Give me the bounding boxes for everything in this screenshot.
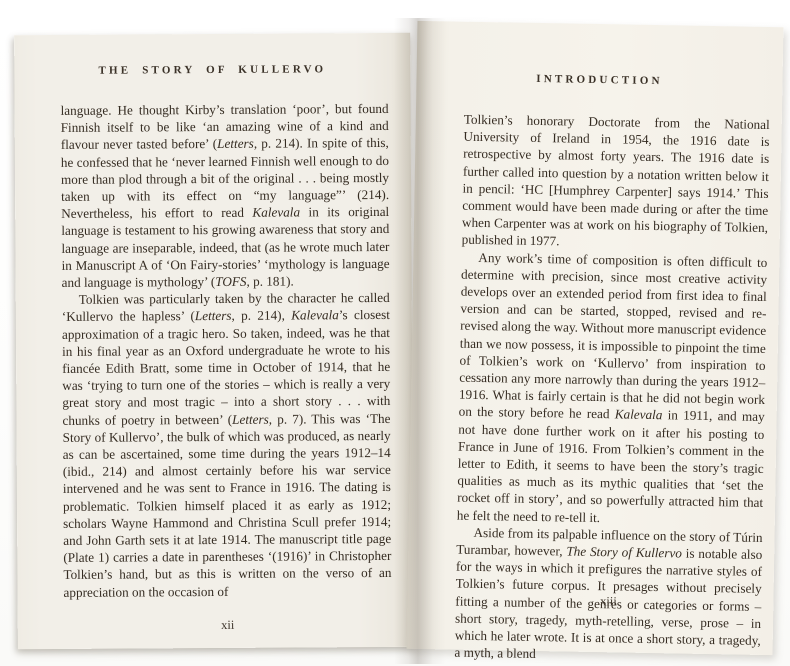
- paragraph: Tolkien’s honorary Doctorate from the Na…: [462, 111, 770, 254]
- italic-text: Kalevala: [615, 407, 663, 423]
- right-page-body: Tolkien’s honorary Doctorate from the Na…: [454, 111, 770, 666]
- right-page: INTRODUCTION Tolkien’s honorary Doctorat…: [407, 21, 784, 655]
- left-page-number: xii: [64, 617, 392, 634]
- book-photo: THE STORY OF KULLERVO language. He thoug…: [0, 0, 790, 666]
- text-segment: , p. 181).: [246, 274, 293, 289]
- italic-text: Kalevala: [252, 205, 300, 220]
- paragraph: language. He thought Kirby’s translation…: [61, 100, 390, 291]
- left-running-head: THE STORY OF KULLERVO: [14, 63, 410, 77]
- left-page: THE STORY OF KULLERVO language. He thoug…: [14, 33, 414, 649]
- italic-text: Kalevala: [291, 308, 339, 323]
- text-segment: , p. 7). This was ‘The Story of Kullervo…: [63, 411, 392, 600]
- paragraph: Tolkien was particularly taken by the ch…: [62, 289, 392, 601]
- right-running-head: INTRODUCTION: [416, 71, 782, 89]
- left-page-body: language. He thought Kirby’s translation…: [61, 100, 392, 601]
- text-segment: , p. 214),: [231, 308, 291, 323]
- italic-text: Letters: [195, 308, 232, 323]
- text-segment: Tolkien’s honorary Doctorate from the Na…: [462, 112, 770, 249]
- paragraph: Any work’s time of composition is often …: [457, 248, 768, 529]
- text-segment: Any work’s time of composition is often …: [459, 250, 768, 422]
- text-segment: in 1911, and may not have done further w…: [457, 408, 765, 525]
- italic-text: Letters: [217, 136, 254, 151]
- italic-text: TOFS: [215, 274, 246, 289]
- italic-text: The Story of Kullervo: [566, 544, 682, 561]
- text-segment: ’s closest approximation of a tragic her…: [62, 307, 391, 427]
- italic-text: Letters: [232, 411, 269, 426]
